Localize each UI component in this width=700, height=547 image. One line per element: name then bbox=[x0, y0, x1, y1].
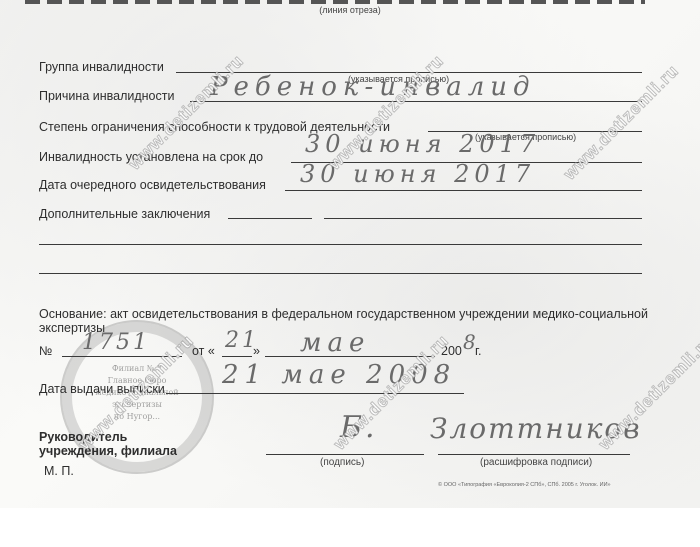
act-year-label: г. bbox=[475, 344, 482, 358]
disability-cause-label: Причина инвалидности bbox=[39, 89, 174, 103]
act-number-value: 1751 bbox=[82, 330, 150, 355]
act-day-line bbox=[222, 356, 252, 357]
act-month-value: мае bbox=[300, 328, 370, 358]
signature-hint: (подпись) bbox=[320, 457, 364, 468]
next-exam-line bbox=[285, 190, 642, 191]
signature-line bbox=[266, 454, 424, 455]
printer-copyright: © ООО «Типография «Евроколия-2 СПб», СПб… bbox=[438, 482, 611, 488]
stamp-line: Филиал № 7 bbox=[62, 364, 212, 373]
watermark: www.detizemli.ru bbox=[595, 331, 700, 454]
stamp-line: по Нугор... bbox=[62, 412, 212, 421]
additional-conclusions-line-short bbox=[228, 218, 312, 219]
act-number-label: № bbox=[39, 344, 52, 358]
cut-line-label: (линия отреза) bbox=[0, 5, 700, 15]
cut-line bbox=[25, 0, 645, 4]
document-paper: (линия отреза) Филиал № 7 Главное бюро м… bbox=[0, 0, 700, 508]
decryption-line bbox=[438, 454, 630, 455]
scan-margin bbox=[0, 508, 700, 547]
seal-label: М. П. bbox=[44, 464, 74, 478]
disability-cause-value: Ребенок-инвалид bbox=[210, 72, 536, 102]
act-date-close-label: » bbox=[253, 344, 260, 358]
issue-date-line bbox=[166, 393, 464, 394]
additional-conclusions-line bbox=[324, 218, 642, 219]
additional-conclusions-line-3 bbox=[39, 273, 642, 274]
decryption-hint: (расшифровка подписи) bbox=[480, 457, 592, 468]
additional-conclusions-label: Дополнительные заключения bbox=[39, 207, 210, 221]
disability-group-label: Группа инвалидности bbox=[39, 60, 164, 74]
next-exam-label: Дата очередного освидетельствования bbox=[39, 178, 266, 192]
additional-conclusions-line-2 bbox=[39, 244, 642, 245]
watermark: www.detizemli.ru bbox=[560, 61, 683, 184]
head-label-line2: учреждения, филиала bbox=[39, 444, 177, 458]
